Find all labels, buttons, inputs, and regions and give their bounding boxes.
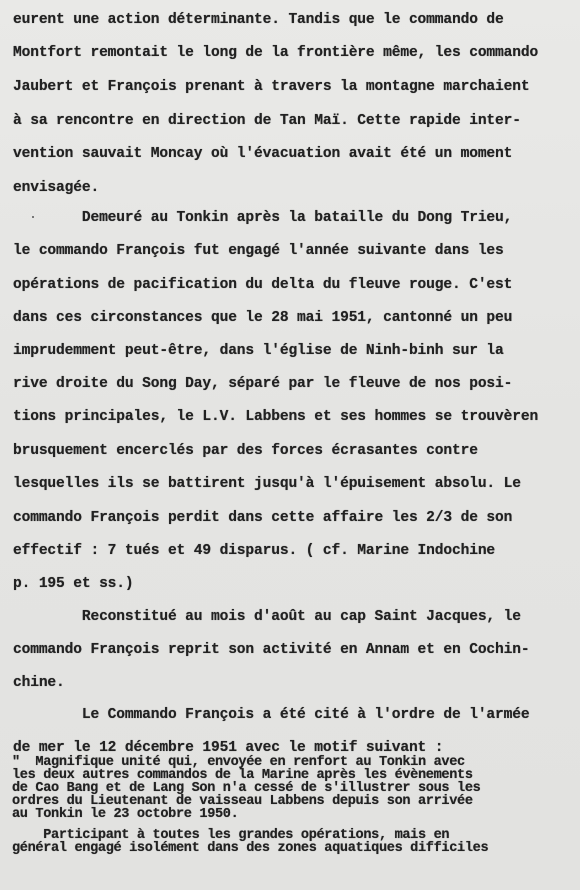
text-line: lesquelles ils se battirent jusqu'à l'ép… bbox=[13, 476, 521, 492]
text-line: eurent une action déterminante. Tandis q… bbox=[13, 12, 504, 28]
citation-line: général engagé isolément dans des zones … bbox=[12, 842, 488, 855]
text-line: Montfort remontait le long de la frontiè… bbox=[13, 45, 538, 61]
text-line: brusquement encerclés par des forces écr… bbox=[13, 443, 478, 459]
text-line: commando François reprit son activité en… bbox=[13, 642, 529, 658]
text-line: Demeuré au Tonkin après la bataille du D… bbox=[13, 210, 512, 226]
text-line: p. 195 et ss.) bbox=[13, 576, 134, 592]
text-line: tions principales, le L.V. Labbens et se… bbox=[13, 409, 538, 425]
text-line: dans ces circonstances que le 28 mai 195… bbox=[13, 310, 512, 326]
text-line: Le Commando François a été cité à l'ordr… bbox=[13, 707, 529, 723]
text-line: envisagée. bbox=[13, 180, 99, 196]
citation-line: au Tonkin le 23 octobre 1950. bbox=[12, 808, 238, 821]
typewritten-document-page: eurent une action déterminante. Tandis q… bbox=[0, 0, 580, 890]
text-line: vention sauvait Moncay où l'évacuation a… bbox=[13, 146, 512, 162]
text-line: à sa rencontre en direction de Tan Maï. … bbox=[13, 113, 521, 129]
text-line: Reconstitué au mois d'août au cap Saint … bbox=[13, 609, 521, 625]
text-line: opérations de pacification du delta du f… bbox=[13, 277, 512, 293]
text-line: imprudemment peut-être, dans l'église de… bbox=[13, 343, 504, 359]
text-line: commando François perdit dans cette affa… bbox=[13, 510, 512, 526]
text-line: rive droite du Song Day, séparé par le f… bbox=[13, 376, 512, 392]
text-line: le commando François fut engagé l'année … bbox=[13, 243, 504, 259]
paper-speck bbox=[32, 216, 34, 218]
text-line: de mer le 12 décembre 1951 avec le motif… bbox=[13, 740, 443, 756]
text-line: Jaubert et François prenant à travers la… bbox=[13, 79, 529, 95]
text-line: chine. bbox=[13, 675, 65, 691]
text-line: effectif : 7 tués et 49 disparus. ( cf. … bbox=[13, 543, 495, 559]
